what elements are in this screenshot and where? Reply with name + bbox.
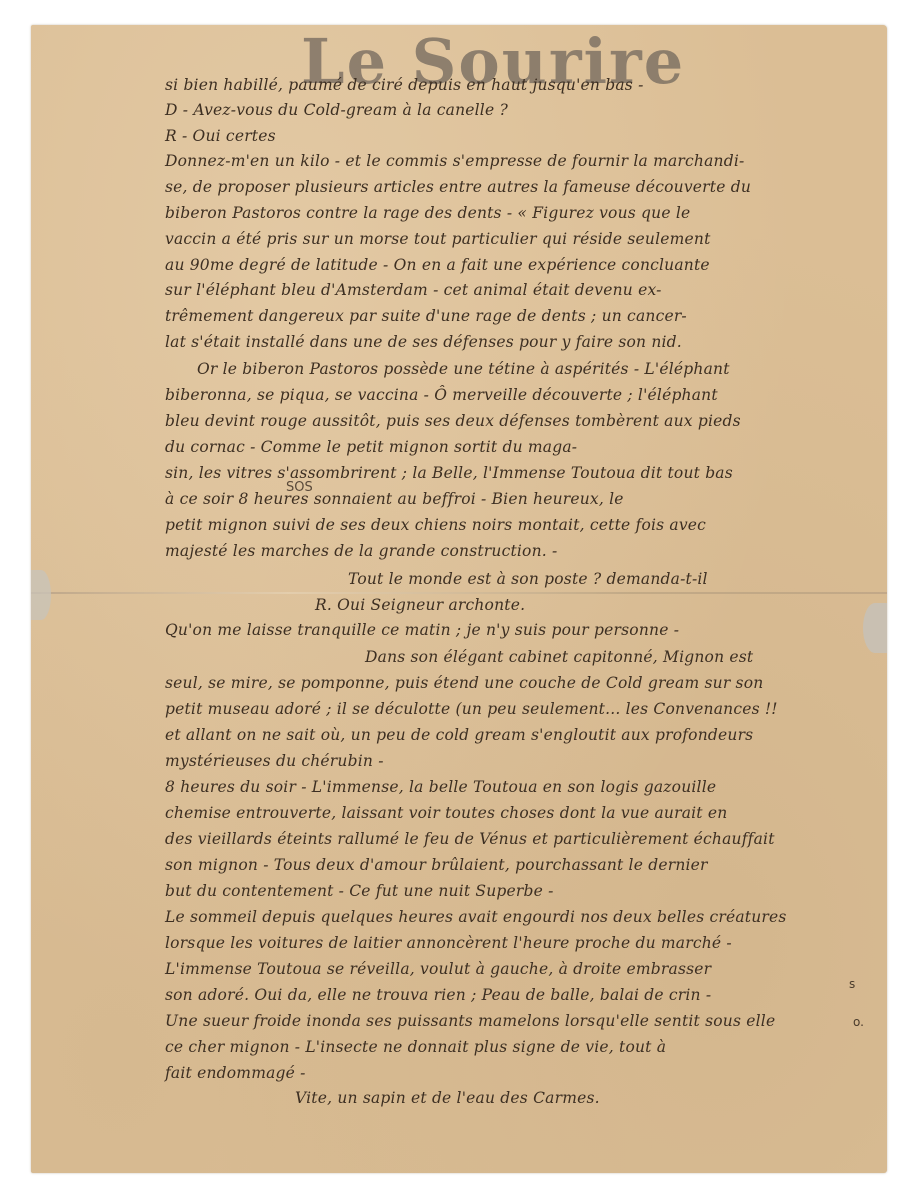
manuscript-line: Qu'on me laisse tranquille ce matin ; je… xyxy=(165,621,679,639)
manuscript-line: au 90me degré de latitude - On en a fait… xyxy=(165,256,710,274)
manuscript-line: lat s'était installé dans une de ses déf… xyxy=(165,333,682,351)
manuscript-line: se, de proposer plusieurs articles entre… xyxy=(165,178,751,196)
manuscript-line: trêmement dangereux par suite d'une rage… xyxy=(165,307,687,325)
margin-mark-1: s xyxy=(849,977,855,991)
manuscript-line: petit museau adoré ; il se déculotte (un… xyxy=(165,700,778,718)
manuscript-line: son adoré. Oui da, elle ne trouva rien ;… xyxy=(165,986,711,1004)
manuscript-line: sin, les vitres s'assombrirent ; la Bell… xyxy=(165,464,733,482)
manuscript-line: L'immense Toutoua se réveilla, voulut à … xyxy=(165,960,711,978)
manuscript-line: Une sueur froide inonda ses puissants ma… xyxy=(165,1012,775,1030)
edge-stain-right xyxy=(863,603,887,653)
manuscript-line: biberonna, se piqua, se vaccina - Ô merv… xyxy=(165,386,718,404)
manuscript-line: but du contentement - Ce fut une nuit Su… xyxy=(165,882,554,900)
manuscript-line: seul, se mire, se pomponne, puis étend u… xyxy=(165,674,763,692)
manuscript-line: vaccin a été pris sur un morse tout part… xyxy=(165,230,711,248)
doodle-sketch: SOS xyxy=(286,480,313,495)
manuscript-line: R - Oui certes xyxy=(165,127,276,145)
manuscript-line: des vieillards éteints rallumé le feu de… xyxy=(165,830,775,848)
manuscript-line: Vite, un sapin et de l'eau des Carmes. xyxy=(295,1089,600,1107)
manuscript-line: biberon Pastoros contre la rage des dent… xyxy=(165,204,690,222)
manuscript-line: Tout le monde est à son poste ? demanda-… xyxy=(348,570,708,588)
manuscript-line: 8 heures du soir - L'immense, la belle T… xyxy=(165,778,716,796)
manuscript-line: lorsque les voitures de laitier annoncèr… xyxy=(165,934,732,952)
manuscript-line: si bien habillé, paumé de ciré depuis en… xyxy=(165,76,644,94)
margin-mark-2: o. xyxy=(853,1015,864,1029)
fold-crease xyxy=(31,592,887,594)
manuscript-line: Le sommeil depuis quelques heures avait … xyxy=(165,908,787,926)
manuscript-line: Dans son élégant cabinet capitonné, Mign… xyxy=(365,648,753,666)
manuscript-line: D - Avez-vous du Cold-gream à la canelle… xyxy=(165,101,508,119)
manuscript-line: bleu devint rouge aussitôt, puis ses deu… xyxy=(165,412,741,430)
manuscript-line: son mignon - Tous deux d'amour brûlaient… xyxy=(165,856,708,874)
manuscript-line: et allant on ne sait où, un peu de cold … xyxy=(165,726,753,744)
manuscript-line: petit mignon suivi de ses deux chiens no… xyxy=(165,516,706,534)
manuscript-line: Donnez-m'en un kilo - et le commis s'emp… xyxy=(165,152,744,170)
manuscript-line: sur l'éléphant bleu d'Amsterdam - cet an… xyxy=(165,281,662,299)
manuscript-line: du cornac - Comme le petit mignon sortit… xyxy=(165,438,577,456)
manuscript-line: à ce soir 8 heures sonnaient au beffroi … xyxy=(165,490,624,508)
manuscript-line: majesté les marches de la grande constru… xyxy=(165,542,557,560)
manuscript-line: fait endommagé - xyxy=(165,1064,306,1082)
manuscript-line: R. Oui Seigneur archonte. xyxy=(315,596,525,614)
manuscript-line: Or le biberon Pastoros possède une tétin… xyxy=(197,360,730,378)
manuscript-line: mystérieuses du chérubin - xyxy=(165,752,384,770)
manuscript-line: ce cher mignon - L'insecte ne donnait pl… xyxy=(165,1038,666,1056)
edge-stain-left xyxy=(31,570,51,620)
manuscript-page: Le Sourire si bien habillé, paumé de cir… xyxy=(31,25,887,1173)
manuscript-line: chemise entrouverte, laissant voir toute… xyxy=(165,804,727,822)
